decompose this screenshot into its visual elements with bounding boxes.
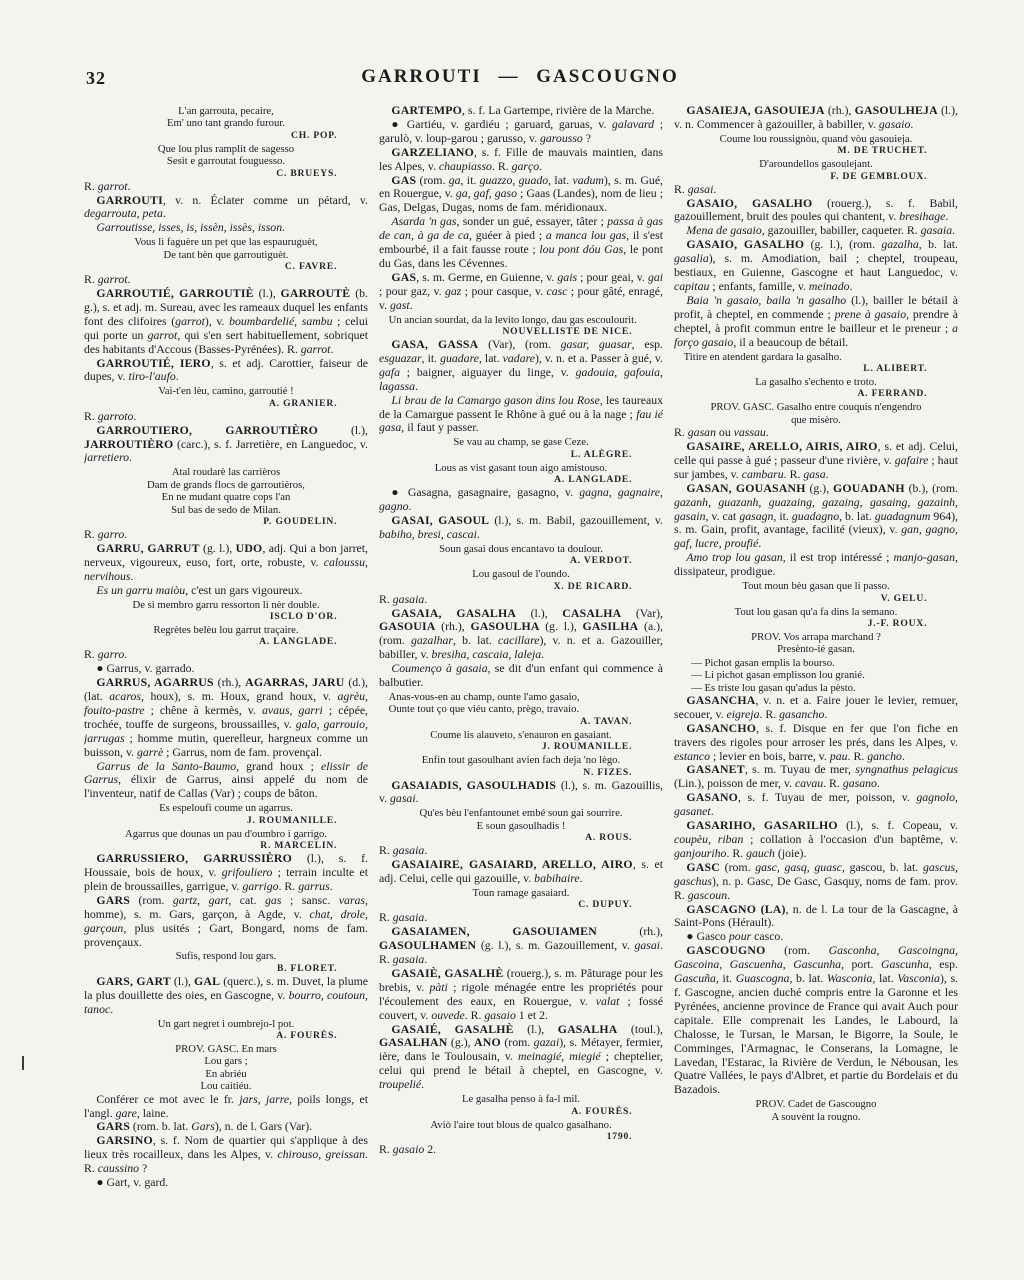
text-block: GARROUTIÉ, IERO, s. et adj. Carottier, f… bbox=[84, 357, 368, 385]
text-block: Baia 'n gasaio, baila 'n gasalho (l.), b… bbox=[674, 294, 958, 350]
text-block: GASAIAIRE, GASAIARD, ARELLO, AIRO, s. et… bbox=[379, 858, 663, 886]
text-block: R. gasaio 2. bbox=[379, 1143, 663, 1157]
column-1: L'an garrouta, pecaire, Em' uno tant gra… bbox=[84, 104, 368, 1268]
verse-quote: Atal roudarè las carrièros Dam de grands… bbox=[84, 466, 368, 516]
text-block: GASAIEJA, GASOUIEJA (rh.), GASOULHEJA (l… bbox=[674, 104, 958, 132]
attribution: M. DE TRUCHET. bbox=[674, 145, 958, 157]
verse-quote: La gasalho s'echento e troto. bbox=[674, 376, 958, 388]
text-block: GASAI, GASOUL (l.), s. m. Babil, gazouil… bbox=[379, 514, 663, 542]
text-block: ● Gartiéu, v. gardiéu ; garuard, garuas,… bbox=[379, 118, 663, 146]
verse-quote: Vai-t'en lèu, camino, garroutié ! bbox=[84, 385, 368, 397]
text-block: GASAN, GOUASANH (g.), GOUADANH (b.), (ro… bbox=[674, 482, 958, 552]
attribution: V. GELU. bbox=[674, 593, 958, 605]
attribution: A. TAVAN. bbox=[379, 716, 663, 728]
text-block: GASCOUGNO (rom. Gasconha, Gascoingna, Ga… bbox=[674, 944, 958, 1097]
text-block: R. garro. bbox=[84, 528, 368, 542]
verse-quote: Que lou plus ramplit de sagesso Sesit e … bbox=[84, 143, 368, 168]
text-block: R. gasan ou vassau. bbox=[674, 426, 958, 440]
verse-quote: Regrètes belèu lou garrut traçaire. bbox=[84, 624, 368, 636]
verse-quote: Tout lou gasan qu'a fa dins la semano. bbox=[674, 606, 958, 618]
text-block: R. gasaia. bbox=[379, 911, 663, 925]
text-block: R. garroto. bbox=[84, 410, 368, 424]
verse-quote: L'an garrouta, pecaire, Em' uno tant gra… bbox=[84, 105, 368, 130]
dictionary-page: 32 GARROUTI — GASCOUGNO L'an garrouta, p… bbox=[0, 0, 1024, 1280]
column-3: GASAIEJA, GASOUIEJA (rh.), GASOULHEJA (l… bbox=[674, 104, 958, 1268]
text-block: ● Gart, v. gard. bbox=[84, 1176, 368, 1190]
text-block: Amo trop lou gasan, il est trop intéress… bbox=[674, 551, 958, 579]
text-block: GASAIÉ, GASALHÈ (l.), GASALHA (toul.), G… bbox=[379, 1023, 663, 1093]
verse-quote: Se vau au champ, se gase Ceze. bbox=[379, 436, 663, 448]
text-block: GASAIO, GASALHO (g. l.), (rom. gazalha, … bbox=[674, 238, 958, 294]
verse-quote: Coume lou roussignòu, quand vòu gasouiej… bbox=[674, 133, 958, 145]
text-block: Mena de gasaio, gazouiller, babiller, ca… bbox=[674, 224, 958, 238]
text-block: GASANCHO, s. f. Disque en fer que l'on f… bbox=[674, 722, 958, 764]
verse-quote: PROV. Cadet de Gascougno A souvènt la ro… bbox=[674, 1098, 958, 1123]
text-block: Garrus de la Santo-Baumo, grand houx ; e… bbox=[84, 760, 368, 802]
attribution: A. VERDOT. bbox=[379, 555, 663, 567]
text-block: R. gasai. bbox=[674, 183, 958, 197]
text-block: Un ancian sourdat, da la levito longo, d… bbox=[379, 314, 663, 326]
text-block: GASANET, s. m. Tuyau de mer, syngnathus … bbox=[674, 763, 958, 791]
attribution: A. FOURÈS. bbox=[379, 1106, 663, 1118]
text-block: GASANCHA, v. n. et a. Faire jouer le lev… bbox=[674, 694, 958, 722]
text-block: GARROUTIÉ, GARROUTIÈ (l.), GARROUTÈ (b. … bbox=[84, 287, 368, 357]
text-block: R. garrot. bbox=[84, 180, 368, 194]
verse-quote: Soun gasai dous encantavo ta doulour. bbox=[379, 543, 663, 555]
text-block: GASAIO, GASALHO (rouerg.), s. f. Babil, … bbox=[674, 197, 958, 225]
verse-quote: De si membro garru ressorton li nèr doub… bbox=[84, 599, 368, 611]
verse-quote: PROV. Vos arrapa marchand ? Presènto-ié … bbox=[674, 631, 958, 656]
text-block: Garroutisse, isses, is, issèn, issès, is… bbox=[84, 221, 368, 235]
running-head: GARROUTI — GASCOUGNO bbox=[84, 66, 956, 88]
text-block: ● Gasco pour casco. bbox=[674, 930, 958, 944]
text-block: GARZELIANO, s. f. Fille de mauvais maint… bbox=[379, 146, 663, 174]
verse-quote: Lous as vist gasant toun aigo amistouso. bbox=[379, 462, 663, 474]
text-block: GARROUTIERO, GARROUTIÈRO (l.), JARROUTIÈ… bbox=[84, 424, 368, 466]
verse-quote: Lou gasoul de l'oundo. bbox=[379, 568, 663, 580]
verse-quote: Toun ramage gasaiard. bbox=[379, 887, 663, 899]
text-block: GASAIAMEN, GASOUIAMEN (rh.), GASOULHAMEN… bbox=[379, 925, 663, 967]
attribution: A. FOURÈS. bbox=[84, 1030, 368, 1042]
text-block: R. gasaia. bbox=[379, 593, 663, 607]
verse-quote: Qu'es bèu l'enfantounet embé soun gai so… bbox=[379, 807, 663, 832]
text-block: GARRUS, AGARRUS (rh.), AGARRAS, JARU (d.… bbox=[84, 676, 368, 759]
attribution: J.-F. ROUX. bbox=[674, 618, 958, 630]
text-block: R. gasaia. bbox=[379, 844, 663, 858]
text-block: GARROUTI, v. n. Éclater comme un pétard,… bbox=[84, 194, 368, 222]
verse-quote: Aviò l'aire tout blous de qualco gasalha… bbox=[379, 1119, 663, 1131]
verse-quote: D'aroundellos gasoulejant. bbox=[674, 158, 958, 170]
text-block: — Pichot gasan emplis la bourso. — Li pi… bbox=[674, 657, 958, 694]
attribution: L. ALÈGRE. bbox=[379, 449, 663, 461]
text-block: GASCAGNO (LA), n. de l. La tour de la Ga… bbox=[674, 903, 958, 931]
attribution: CH. POP. bbox=[84, 130, 368, 142]
verse-quote: Tout moun bèu gasan que li passo. bbox=[674, 580, 958, 592]
verse-quote: Agarrus que dounas un pau d'oumbro i gar… bbox=[84, 828, 368, 840]
text-block: GASC (rom. gasc, gasq, guasc, gascou, b.… bbox=[674, 861, 958, 903]
text-block: Conférer ce mot avec le fr. jars, jarre,… bbox=[84, 1093, 368, 1121]
text-block: GARTEMPO, s. f. La Gartempe, rivière de … bbox=[379, 104, 663, 118]
verse-quote: PROV. GASC. En mars Lou gars ; En abriéu… bbox=[84, 1043, 368, 1093]
verse-quote: PROV. GASC. Gasalho entre couquis n'enge… bbox=[674, 401, 958, 426]
attribution: J. ROUMANILLE. bbox=[84, 815, 368, 827]
verse-quote: Coume lis alauveto, s'enauron en gasaian… bbox=[379, 729, 663, 741]
text-block: GARS (rom. gartz, gart, cat. gas ; sansc… bbox=[84, 894, 368, 950]
text-block: ● Garrus, v. garrado. bbox=[84, 662, 368, 676]
verse-quote: Sufis, respond lou gars. bbox=[84, 950, 368, 962]
attribution: L. ALIBERT. bbox=[674, 363, 958, 375]
attribution: A. FERRAND. bbox=[674, 388, 958, 400]
text-block: GASANO, s. f. Tuyau de mer, poisson, v. … bbox=[674, 791, 958, 819]
text-block: Coumenço à gasaia, se dit d'un enfant qu… bbox=[379, 662, 663, 690]
text-block: GARSINO, s. f. Nom de quartier qui s'app… bbox=[84, 1134, 368, 1176]
verse-quote: Es espeloufi coume un agarrus. bbox=[84, 802, 368, 814]
text-block: GAS, s. m. Germe, en Guienne, v. gais ; … bbox=[379, 271, 663, 313]
attribution: J. ROUMANILLE. bbox=[379, 741, 663, 753]
verse-quote: Enfin tout gasoulhant avien fach deja 'n… bbox=[379, 754, 663, 766]
text-block: ● Gasagna, gasagnaire, gasagno, v. gagna… bbox=[379, 486, 663, 514]
verse-quote: Vous li faguère un pet que las espaurugu… bbox=[84, 236, 368, 261]
text-block: GASARIHO, GASARILHO (l.), s. f. Copeau, … bbox=[674, 819, 958, 861]
column-2: GARTEMPO, s. f. La Gartempe, rivière de … bbox=[379, 104, 663, 1268]
text-block: GASAIRE, ARELLO, AIRIS, AIRO, s. et adj.… bbox=[674, 440, 958, 482]
text-block: GARRUSSIERO, GARRUSSIÈRO (l.), s. f. Hou… bbox=[84, 852, 368, 894]
text-block: GAS (rom. ga, it. guazzo, guado, lat. va… bbox=[379, 174, 663, 216]
text-block: GASA, GASSA (Var), (rom. gasar, guasar, … bbox=[379, 338, 663, 394]
text-block: GARS (rom. b. lat. Gars), n. de l. Gars … bbox=[84, 1120, 368, 1134]
attribution: ISCLO D'OR. bbox=[84, 611, 368, 623]
text-block: GASAIA, GASALHA (l.), CASALHA (Var), GAS… bbox=[379, 607, 663, 663]
text-block: GASAIÈ, GASALHÈ (rouerg.), s. m. Pâturag… bbox=[379, 967, 663, 1023]
text-block: Titire en atendent gardara la gasalho. bbox=[674, 351, 958, 363]
text-block: R. garro. bbox=[84, 648, 368, 662]
text-block: GASAIADIS, GASOULHADIS (l.), s. m. Gazou… bbox=[379, 779, 663, 807]
text-block: R. garrot. bbox=[84, 273, 368, 287]
text-block: Es un garru maiòu, c'est un gars vigoure… bbox=[84, 584, 368, 598]
verse-quote: Le gasalha penso à fa-l mil. bbox=[379, 1093, 663, 1105]
verse-quote: Un gart negret i oumbrejo-l pot. bbox=[84, 1018, 368, 1030]
text-columns: L'an garrouta, pecaire, Em' uno tant gra… bbox=[84, 104, 958, 1268]
scan-artifact-mark bbox=[22, 1056, 24, 1070]
attribution: F. DE GEMBLOUX. bbox=[674, 171, 958, 183]
text-block: Asarda 'n gas, sonder un gué, essayer, t… bbox=[379, 215, 663, 271]
text-block: GARRU, GARRUT (g. l.), UDO, adj. Qui a b… bbox=[84, 542, 368, 584]
text-block: GARS, GART (l.), GAL (querc.), s. m. Duv… bbox=[84, 975, 368, 1017]
text-block: Anas-vous-en au champ, ounte l'amo gasai… bbox=[379, 691, 663, 716]
text-block: Li brau de la Camargo gason dins lou Ros… bbox=[379, 394, 663, 436]
